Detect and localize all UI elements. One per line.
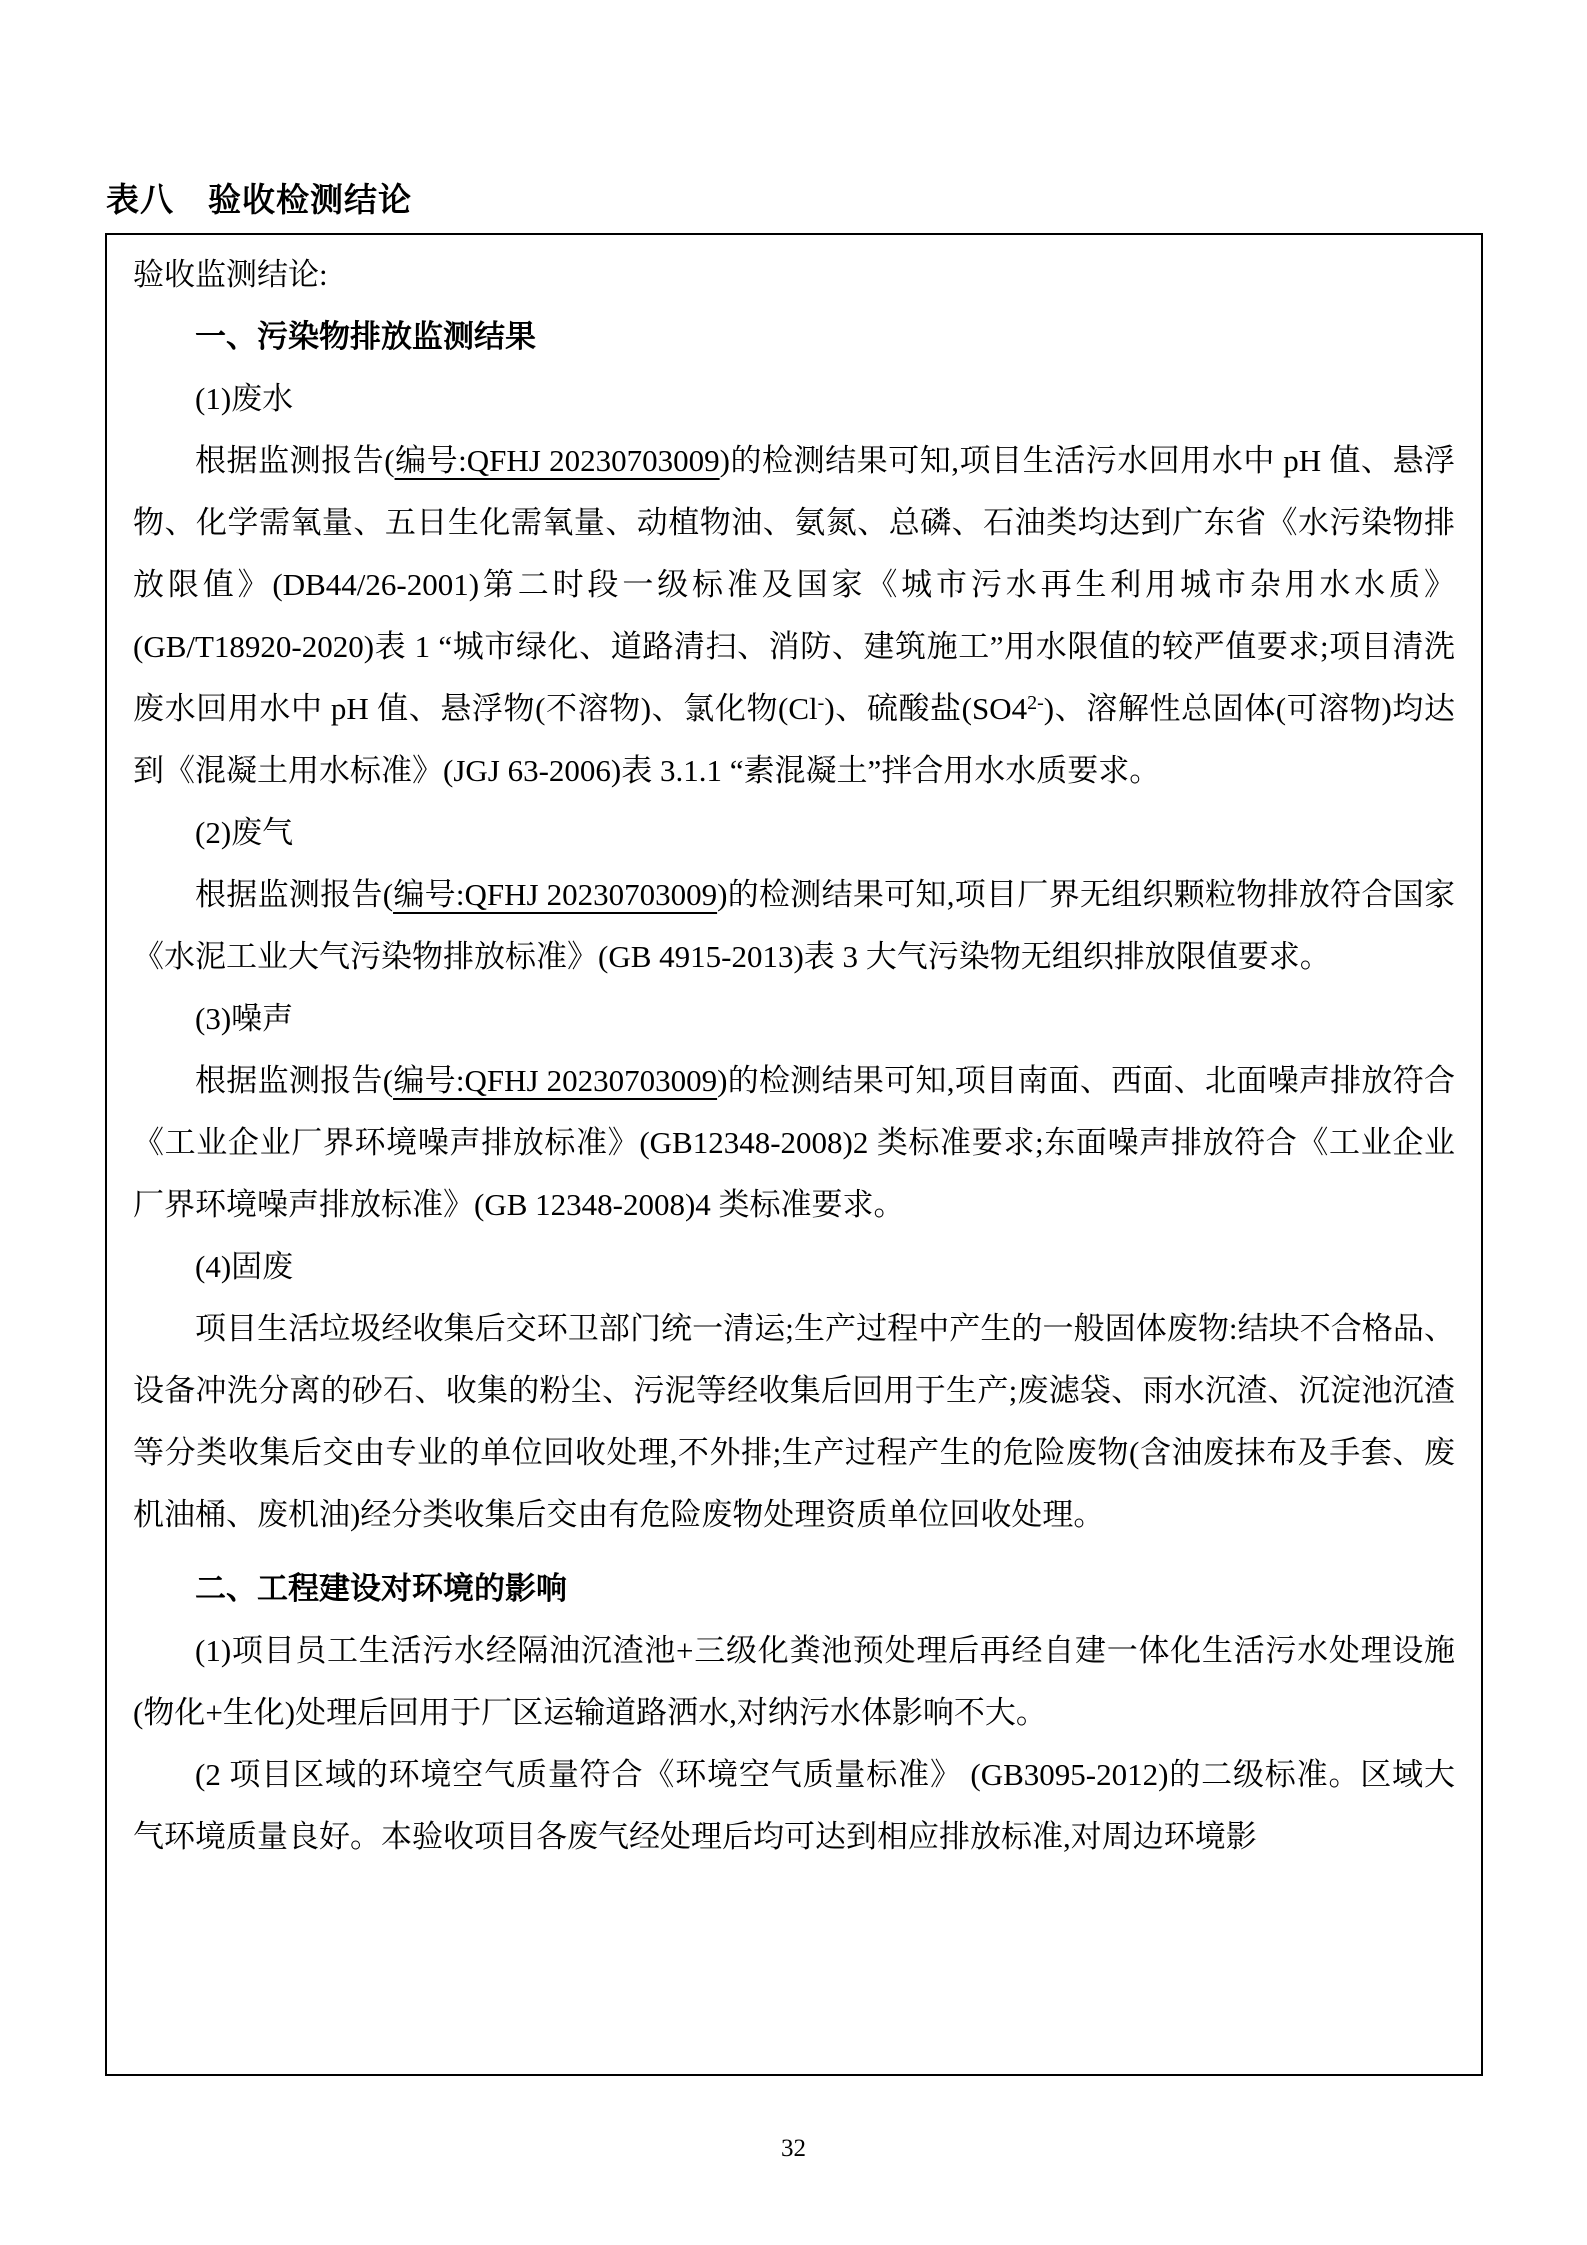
- conclusion-box: 验收监测结论: 一、污染物排放监测结果 (1)废水 根据监测报告(编号:QFHJ…: [105, 233, 1483, 2076]
- table-title: 表八 验收检测结论: [106, 181, 412, 221]
- subheading-wastewater: (1)废水: [133, 368, 1455, 430]
- para-text: 根据监测报告(: [195, 443, 395, 478]
- para-air-impact: (2 项目区域的环境空气质量符合《环境空气质量标准》 (GB3095-2012)…: [133, 1744, 1455, 1868]
- para-text: 根据监测报告(: [195, 1063, 393, 1098]
- para-solid-waste: 项目生活垃圾经收集后交环卫部门统一清运;生产过程中产生的一般固体废物:结块不合格…: [133, 1298, 1455, 1546]
- subheading-noise: (3)噪声: [133, 988, 1455, 1050]
- para-gas: 根据监测报告(编号:QFHJ 20230703009)的检测结果可知,项目厂界无…: [133, 864, 1455, 988]
- subheading-gas: (2)废气: [133, 802, 1455, 864]
- para-text: )的检测结果可知,项目生活污水回用水中 pH 值、悬浮物、化学需氧量、五日生化需…: [133, 443, 1455, 726]
- superscript-two-minus: 2-: [1027, 692, 1044, 714]
- para-sewage-impact: (1)项目员工生活污水经隔油沉渣池+三级化粪池预处理后再经自建一体化生活污水处理…: [133, 1620, 1455, 1744]
- report-number: 编号:QFHJ 20230703009: [395, 443, 720, 478]
- report-number: 编号:QFHJ 20230703009: [393, 877, 717, 912]
- document-page: 表八 验收检测结论 验收监测结论: 一、污染物排放监测结果 (1)废水 根据监测…: [0, 0, 1587, 2245]
- section1-heading: 一、污染物排放监测结果: [133, 306, 1455, 368]
- subheading-solid-waste: (4)固废: [133, 1236, 1455, 1298]
- para-text: 根据监测报告(: [195, 877, 393, 912]
- para-text: )、硫酸盐(SO4: [824, 691, 1027, 726]
- para-noise: 根据监测报告(编号:QFHJ 20230703009)的检测结果可知,项目南面、…: [133, 1050, 1455, 1236]
- section2-heading: 二、工程建设对环境的影响: [133, 1558, 1455, 1620]
- page-number: 32: [0, 2134, 1587, 2164]
- para-wastewater: 根据监测报告(编号:QFHJ 20230703009)的检测结果可知,项目生活污…: [133, 430, 1455, 802]
- intro-line: 验收监测结论:: [133, 244, 1455, 306]
- report-number: 编号:QFHJ 20230703009: [393, 1063, 717, 1098]
